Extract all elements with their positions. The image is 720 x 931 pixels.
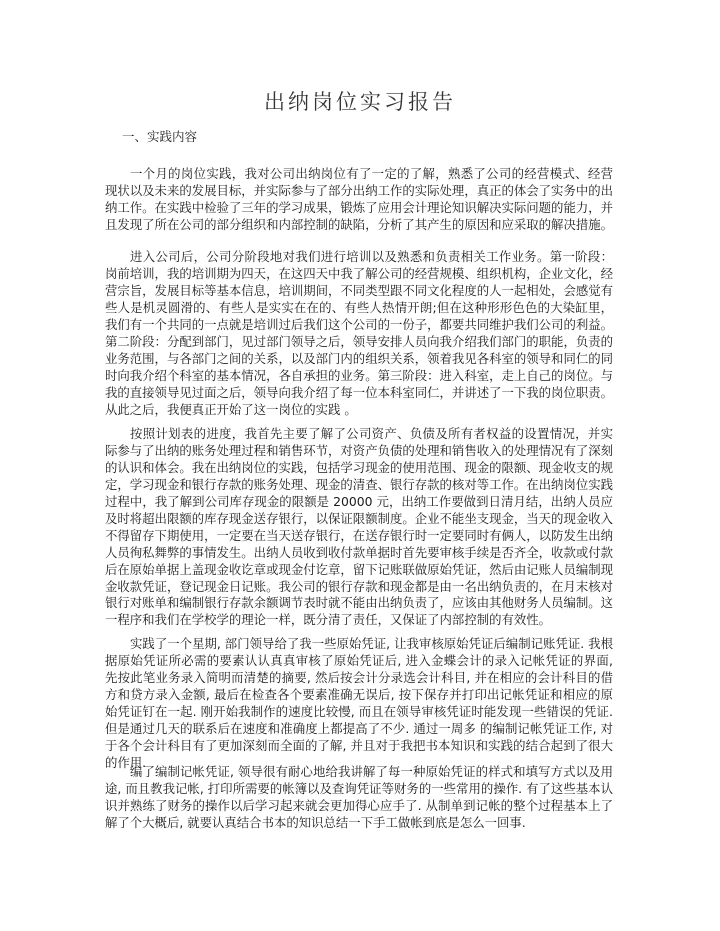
document-page: 出纳岗位实习报告 一、实践内容 一个月的岗位实践，我对公司出纳岗位有了一定的了解… (0, 0, 720, 931)
paragraph-5: 编了编制记帐凭证, 领导很有耐心地给我讲解了每一种原始凭证的样式和填写方式以及用… (105, 764, 613, 832)
section-heading: 一、实践内容 (122, 127, 197, 145)
document-title: 出纳岗位实习报告 (0, 86, 720, 116)
paragraph-3: 按照计划表的进度，我首先主要了解了公司资产、负债及所有者权益的设置情况，并实际参… (105, 426, 613, 629)
paragraph-4: 实践了一个星期, 部门领导给了我一些原始凭证, 让我审核原始凭证后编制记账凭证.… (105, 636, 613, 771)
paragraph-1: 一个月的岗位实践，我对公司出纳岗位有了一定的了解，熟悉了公司的经营模式、经营现状… (105, 166, 613, 234)
paragraph-2: 进入公司后，公司分阶段地对我们进行培训以及熟悉和负责相关工作业务。第一阶段：岗前… (105, 249, 613, 418)
